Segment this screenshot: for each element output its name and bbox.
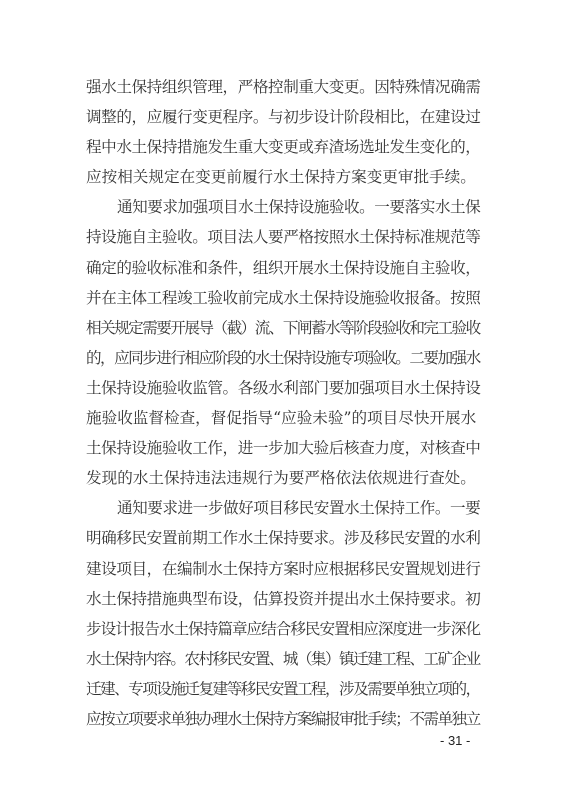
document-page: 强水土保持组织管理，严格控制重大变更。因特殊情况确需调整的，应履行变更程序。与初… [0,0,565,800]
text-line: 土保持设施验收监管。各级水利部门要加强项目水土保持设 [86,373,480,403]
text-line: 发现的水土保持违法违规行为要严格依法依规进行查处。 [86,463,480,493]
text-line: 土保持设施验收工作，进一步加大验后核查力度，对核查中 [86,433,480,463]
text-line: 水土保持内容。农村移民安置、城（集）镇迁建工程、工矿企业 [86,644,480,674]
text-line: 并在主体工程竣工验收前完成水土保持设施验收报备。按照 [86,283,480,313]
text-line: 确定的验收标准和条件，组织开展水土保持设施自主验收， [86,253,480,283]
text-line: 步设计报告水土保持篇章应结合移民安置相应深度进一步深化 [86,614,480,644]
text-line: 明确移民安置前期工作水土保持要求。涉及移民安置的水利 [86,523,480,553]
paragraph-first-line: 通知要求进一步做好项目移民安置水土保持工作。一要 [86,493,480,523]
text-line: 施验收监督检查，督促指导“应验未验”的项目尽快开展水 [86,403,480,433]
body-text: 强水土保持组织管理，严格控制重大变更。因特殊情况确需调整的，应履行变更程序。与初… [86,72,480,734]
text-line: 建设项目，在编制水土保持方案时应根据移民安置规划进行 [86,554,480,584]
text-line: 相关规定需要开展导（截）流、下闸蓄水等阶段验收和完工验收 [86,313,480,343]
text-line: 水土保持措施典型布设，估算投资并提出水土保持要求。初 [86,584,480,614]
text-line: 应按立项要求单独办理水土保持方案编报审批手续；不需单独立 [86,704,480,734]
text-line: 程中水土保持措施发生重大变更或弃渣场选址发生变化的， [86,132,480,162]
text-line: 迁建、专项设施迁复建等移民安置工程，涉及需要单独立项的， [86,674,480,704]
text-line: 应按相关规定在变更前履行水土保持方案变更审批手续。 [86,162,480,192]
page-number: - 31 - [440,733,470,748]
text-line: 持设施自主验收。项目法人要严格按照水土保持标准规范等 [86,222,480,252]
paragraph-first-line: 通知要求加强项目水土保持设施验收。一要落实水土保 [86,192,480,222]
text-line: 强水土保持组织管理，严格控制重大变更。因特殊情况确需 [86,72,480,102]
text-line: 调整的，应履行变更程序。与初步设计阶段相比，在建设过 [86,102,480,132]
text-line: 的，应同步进行相应阶段的水土保持设施专项验收。二要加强水 [86,343,480,373]
